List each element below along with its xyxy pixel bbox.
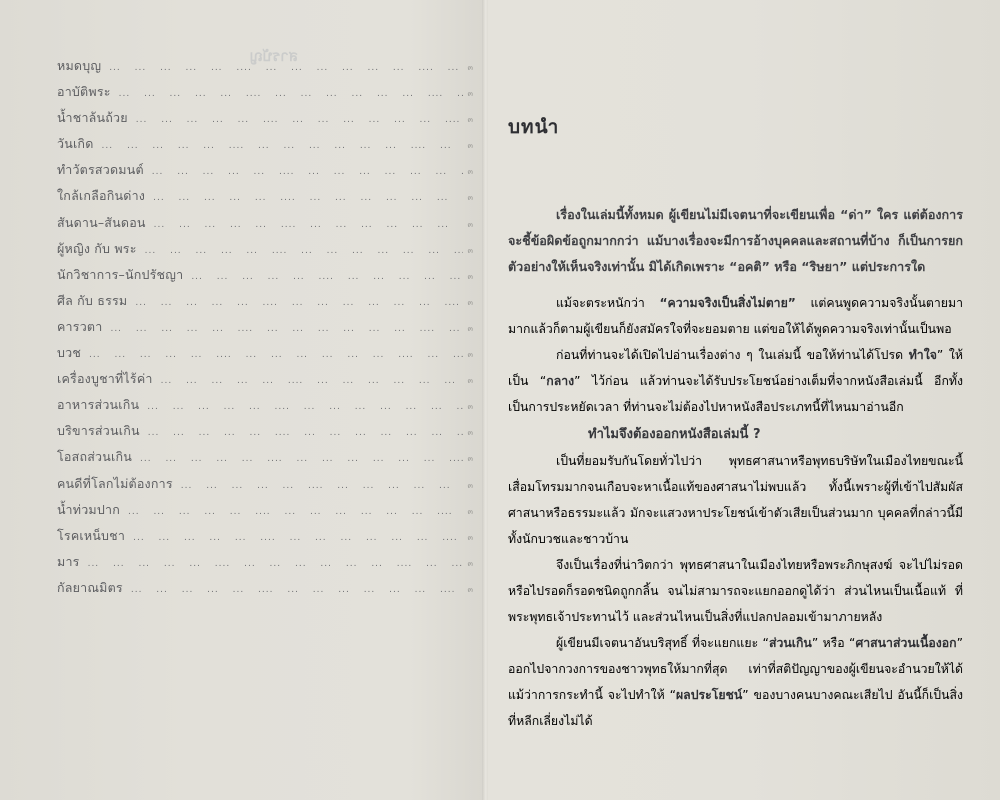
- toc-entry-title: ศีล กับ ธรรม: [57, 291, 135, 311]
- emphasis-suan-koen: ส่วนเกิน: [769, 636, 812, 650]
- toc-page-number: ๓: [463, 426, 473, 439]
- quote-truth: “ความจริงเป็นสิ่งไม่ตาย”: [659, 296, 795, 310]
- intro-paragraph-3: ก่อนที่ท่านจะได้เปิดไปอ่านเรื่องต่าง ๆ ใ…: [508, 342, 963, 420]
- toc-page-number: ๓: [463, 400, 473, 413]
- toc-entry: หมดบุญ... ... ... ... ... .... ... ... .…: [57, 56, 473, 82]
- toc-entry: เครื่องบูชาที่ไร้ค่า... ... ... ... ... …: [57, 369, 473, 395]
- toc-page-number: ๓: [463, 270, 473, 283]
- dot-leader: ... ... ... ... ... .... ... ... ... ...…: [133, 533, 463, 543]
- dot-leader: ... ... ... ... ... .... ... ... ... ...…: [136, 115, 463, 125]
- book-spread: สารบัญ หมดบุญ... ... ... ... ... .... ..…: [0, 0, 1000, 800]
- toc-page-number: ๓: [463, 374, 473, 387]
- dot-leader: ... ... ... ... ... .... ... ... ... ...…: [102, 141, 463, 151]
- dot-leader: ... ... ... ... ... .... ... ... ... ...…: [135, 298, 463, 308]
- toc-page-number: ๓: [463, 139, 473, 152]
- dot-leader: ... ... ... ... ... .... ... ... ... ...…: [181, 481, 463, 491]
- toc-entry-title: น้ำชาล้นถ้วย: [57, 108, 136, 128]
- dot-leader: ... ... ... ... ... .... ... ... ... ...…: [88, 559, 463, 569]
- intro-paragraph-2: แม้จะตระหนักว่า “ความจริงเป็นสิ่งไม่ตาย”…: [508, 290, 963, 342]
- toc-entry: นักวิชาการ–นักปรัชญา... ... ... ... ... …: [57, 265, 473, 291]
- toc-page-number: ๓: [463, 113, 473, 126]
- emphasis-religion-tumor: ศาสนาส่วนเนื้องอก: [855, 636, 956, 650]
- toc-entry: มาร... ... ... ... ... .... ... ... ... …: [57, 552, 473, 578]
- toc-entry-title: นักวิชาการ–นักปรัชญา: [57, 265, 191, 285]
- dot-leader: ... ... ... ... ... .... ... ... ... ...…: [154, 220, 463, 230]
- dot-leader: ... ... ... ... ... .... ... ... ... ...…: [110, 324, 463, 334]
- toc-entry: สันดาน–สันดอน... ... ... ... ... .... ..…: [57, 213, 473, 239]
- toc-entry: ศีล กับ ธรรม... ... ... ... ... .... ...…: [57, 291, 473, 317]
- dot-leader: ... ... ... ... ... .... ... ... ... ...…: [148, 428, 463, 438]
- intro-paragraph-6: ผู้เขียนมีเจตนาอันบริสุทธิ์ ที่จะแยกแยะ …: [508, 630, 963, 734]
- toc-page-number: ๓: [463, 244, 473, 257]
- toc-page-number: ๓: [463, 583, 473, 596]
- toc-entry-title: อาหารส่วนเกิน: [57, 395, 147, 415]
- toc-entry: กัลยาณมิตร... ... ... ... ... .... ... .…: [57, 578, 473, 604]
- dot-leader: ... ... ... ... ... .... ... ... ... ...…: [140, 454, 463, 464]
- toc-entry-title: บวช: [57, 343, 89, 363]
- toc-page-number: ๓: [463, 452, 473, 465]
- intro-title: บทนำ: [508, 112, 559, 142]
- toc-entry: น้ำชาล้นถ้วย... ... ... ... ... .... ...…: [57, 108, 473, 134]
- toc-entry: คารวตา... ... ... ... ... .... ... ... .…: [57, 317, 473, 343]
- toc-entry: ผู้หญิง กับ พระ... ... ... ... ... .... …: [57, 239, 473, 265]
- left-page-table-of-contents: สารบัญ หมดบุญ... ... ... ... ... .... ..…: [0, 0, 482, 800]
- dot-leader: ... ... ... ... ... .... ... ... ... ...…: [152, 167, 463, 177]
- toc-entry-title: หมดบุญ: [57, 56, 109, 76]
- toc-page-number: ๓: [463, 348, 473, 361]
- toc-page-number: ๓: [463, 61, 473, 74]
- toc-entry: คนดีที่โลกไม่ต้องการ... ... ... ... ... …: [57, 474, 473, 500]
- toc-entry: โรคเหน็บชา... ... ... ... ... .... ... .…: [57, 526, 473, 552]
- toc-entry: ทำวัตรสวดมนต์... ... ... ... ... .... ..…: [57, 160, 473, 186]
- toc-page-number: ๓: [463, 557, 473, 570]
- toc-entry-title: คารวตา: [57, 317, 110, 337]
- toc-page-number: ๓: [463, 87, 473, 100]
- toc-entry-title: น้ำท่วมปาก: [57, 500, 128, 520]
- dot-leader: ... ... ... ... ... .... ... ... ... ...…: [161, 376, 463, 386]
- toc-entry-title: อาบัติพระ: [57, 82, 119, 102]
- toc-page-number: ๓: [463, 531, 473, 544]
- emphasis-tham-jai: ทำใจ: [909, 348, 937, 362]
- toc-page-number: ๓: [463, 296, 473, 309]
- toc-entry-title: ผู้หญิง กับ พระ: [57, 239, 145, 259]
- toc-entry: อาบัติพระ... ... ... ... ... .... ... ..…: [57, 82, 473, 108]
- toc-entry: บวช... ... ... ... ... .... ... ... ... …: [57, 343, 473, 369]
- dot-leader: ... ... ... ... ... .... ... ... ... ...…: [153, 193, 463, 203]
- toc-page-number: ๓: [463, 218, 473, 231]
- dot-leader: ... ... ... ... ... .... ... ... ... ...…: [109, 63, 463, 73]
- dot-leader: ... ... ... ... ... .... ... ... ... ...…: [147, 402, 463, 412]
- intro-paragraph-5: จึงเป็นเรื่องที่น่าวิตกว่า พุทธศาสนาในเม…: [508, 552, 963, 630]
- toc-entry: ใกล้เกลือกินด่าง... ... ... ... ... ....…: [57, 186, 473, 212]
- toc-entry-title: วันเกิด: [57, 134, 102, 154]
- dot-leader: ... ... ... ... ... .... ... ... ... ...…: [89, 350, 463, 360]
- dot-leader: ... ... ... ... ... .... ... ... ... ...…: [128, 507, 463, 517]
- toc-entry: วันเกิด... ... ... ... ... .... ... ... …: [57, 134, 473, 160]
- intro-paragraph-1: เรื่องในเล่มนี้ทั้งหมด ผู้เขียนไม่มีเจตน…: [508, 202, 963, 280]
- toc-page-number: ๓: [463, 479, 473, 492]
- toc-entry: อาหารส่วนเกิน... ... ... ... ... .... ..…: [57, 395, 473, 421]
- toc-entry-title: สันดาน–สันดอน: [57, 213, 154, 233]
- toc-entry-title: ใกล้เกลือกินด่าง: [57, 186, 153, 206]
- toc-entry-title: กัลยาณมิตร: [57, 578, 131, 598]
- dot-leader: ... ... ... ... ... .... ... ... ... ...…: [191, 272, 463, 282]
- toc-entry-title: มาร: [57, 552, 88, 572]
- toc-entry-title: โรคเหน็บชา: [57, 526, 133, 546]
- toc-entry-title: เครื่องบูชาที่ไร้ค่า: [57, 369, 161, 389]
- toc-page-number: ๓: [463, 505, 473, 518]
- emphasis-klang: กลาง: [546, 374, 574, 388]
- toc-entry: บริขารส่วนเกิน... ... ... ... ... .... .…: [57, 421, 473, 447]
- dot-leader: ... ... ... ... ... .... ... ... ... ...…: [145, 246, 463, 256]
- table-of-contents: หมดบุญ... ... ... ... ... .... ... ... .…: [57, 56, 473, 604]
- dot-leader: ... ... ... ... ... .... ... ... ... ...…: [119, 89, 463, 99]
- toc-page-number: ๓: [463, 191, 473, 204]
- toc-page-number: ๓: [463, 165, 473, 178]
- toc-page-number: ๓: [463, 322, 473, 335]
- section-subheading: ทำไมจึงต้องออกหนังสือเล่มนี้ ?: [588, 423, 761, 444]
- dot-leader: ... ... ... ... ... .... ... ... ... ...…: [131, 585, 463, 595]
- toc-entry-title: คนดีที่โลกไม่ต้องการ: [57, 474, 181, 494]
- right-page-introduction: บทนำ เรื่องในเล่มนี้ทั้งหมด ผู้เขียนไม่ม…: [488, 0, 1000, 800]
- toc-entry-title: บริขารส่วนเกิน: [57, 421, 148, 441]
- emphasis-benefit: ผลประโยชน์: [676, 688, 742, 702]
- toc-entry: น้ำท่วมปาก... ... ... ... ... .... ... .…: [57, 500, 473, 526]
- toc-entry: โอสถส่วนเกิน... ... ... ... ... .... ...…: [57, 447, 473, 473]
- toc-entry-title: ทำวัตรสวดมนต์: [57, 160, 152, 180]
- toc-entry-title: โอสถส่วนเกิน: [57, 447, 140, 467]
- intro-paragraph-4: เป็นที่ยอมรับกันโดยทั่วไปว่า พุทธศาสนาหร…: [508, 448, 963, 552]
